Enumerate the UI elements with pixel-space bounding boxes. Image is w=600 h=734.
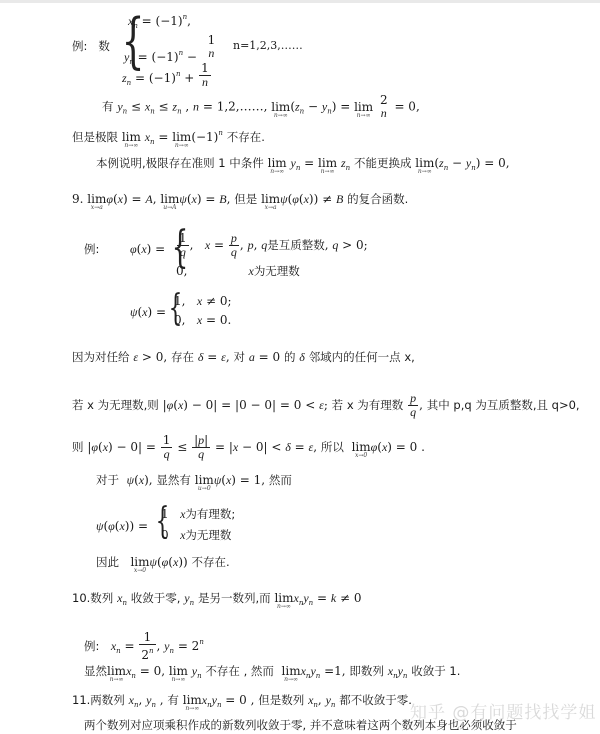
phi-case-1: 1q, x = pq, p, q是互质整数, q > 0; — [176, 232, 368, 259]
example-9-label: 例: — [84, 242, 99, 256]
example-label: 例: 数 — [72, 39, 110, 53]
psi-case-2: 0, x = 0. — [174, 313, 231, 327]
line-if: 若 x 为无理数,则 |φ(x) − 0| = |0 − 0| = 0 < ε;… — [72, 392, 580, 419]
comp-case-2: 0 x为无理数 — [161, 528, 231, 542]
page-top-border — [0, 0, 600, 3]
item-11-title: 11.两数列 xn, yn , 有 limn→∞xnyn = 0 , 但是数列 … — [72, 693, 412, 712]
example-10: 例: xn = 12n, yn = 2n — [84, 631, 204, 662]
zhihu-watermark: 知乎 @有问题找找学姐 — [410, 698, 596, 723]
item-9-title: 9. limx→aφ(x) = A, limu→Aψ(x) = B, 但是 li… — [72, 192, 408, 206]
line-for-psi: 对于 ψ(x), 显然有 limu→0ψ(x) = 1, 然而 — [96, 473, 292, 487]
x-definition: xn = (−1)n, — [128, 10, 191, 33]
comp-case-1: 1 x为有理数; — [161, 507, 235, 521]
line-because: 因为对任给 ε > 0, 存在 δ = ε, 对 a = 0 的 δ 邻域内的任… — [72, 350, 415, 364]
psi-lhs: ψ(x) = — [130, 305, 166, 319]
phi-lhs: φ(x) = — [130, 242, 165, 256]
comp-lhs: ψ(φ(x)) = — [96, 519, 148, 533]
line-explain: 本例说明,极限存在准则 1 中条件 limn→∞ yn = limn→∞ zn … — [96, 156, 510, 175]
n-range: n=1,2,3,…… — [233, 39, 303, 53]
line-then: 则 |φ(x) − 0| = 1q ≤ |p|q = |x − 0| < δ =… — [72, 434, 425, 461]
line-have: 有 yn ≤ xn ≤ zn , n = 1,2,……, limn→∞(zn −… — [102, 94, 420, 120]
psi-case-1: 1, x ≠ 0; — [174, 294, 232, 308]
line-but-limit: 但是极限 limn→∞ xn = limn→∞(−1)n 不存在. — [72, 126, 265, 149]
z-definition: zn = (−1)n + 1n — [122, 62, 212, 90]
item-10-title: 10.数列 xn 收敛于零, yn 是另一数列,而 limn→∞xnyn = k… — [72, 591, 362, 610]
line-therefore: 因此 limx→0ψ(φ(x)) 不存在. — [96, 555, 230, 569]
phi-case-2: 0, x为无理数 — [176, 264, 300, 278]
line-obvious: 显然limn→∞xn = 0, limn→∞ yn 不存在 , 然而 limn→… — [84, 664, 460, 683]
